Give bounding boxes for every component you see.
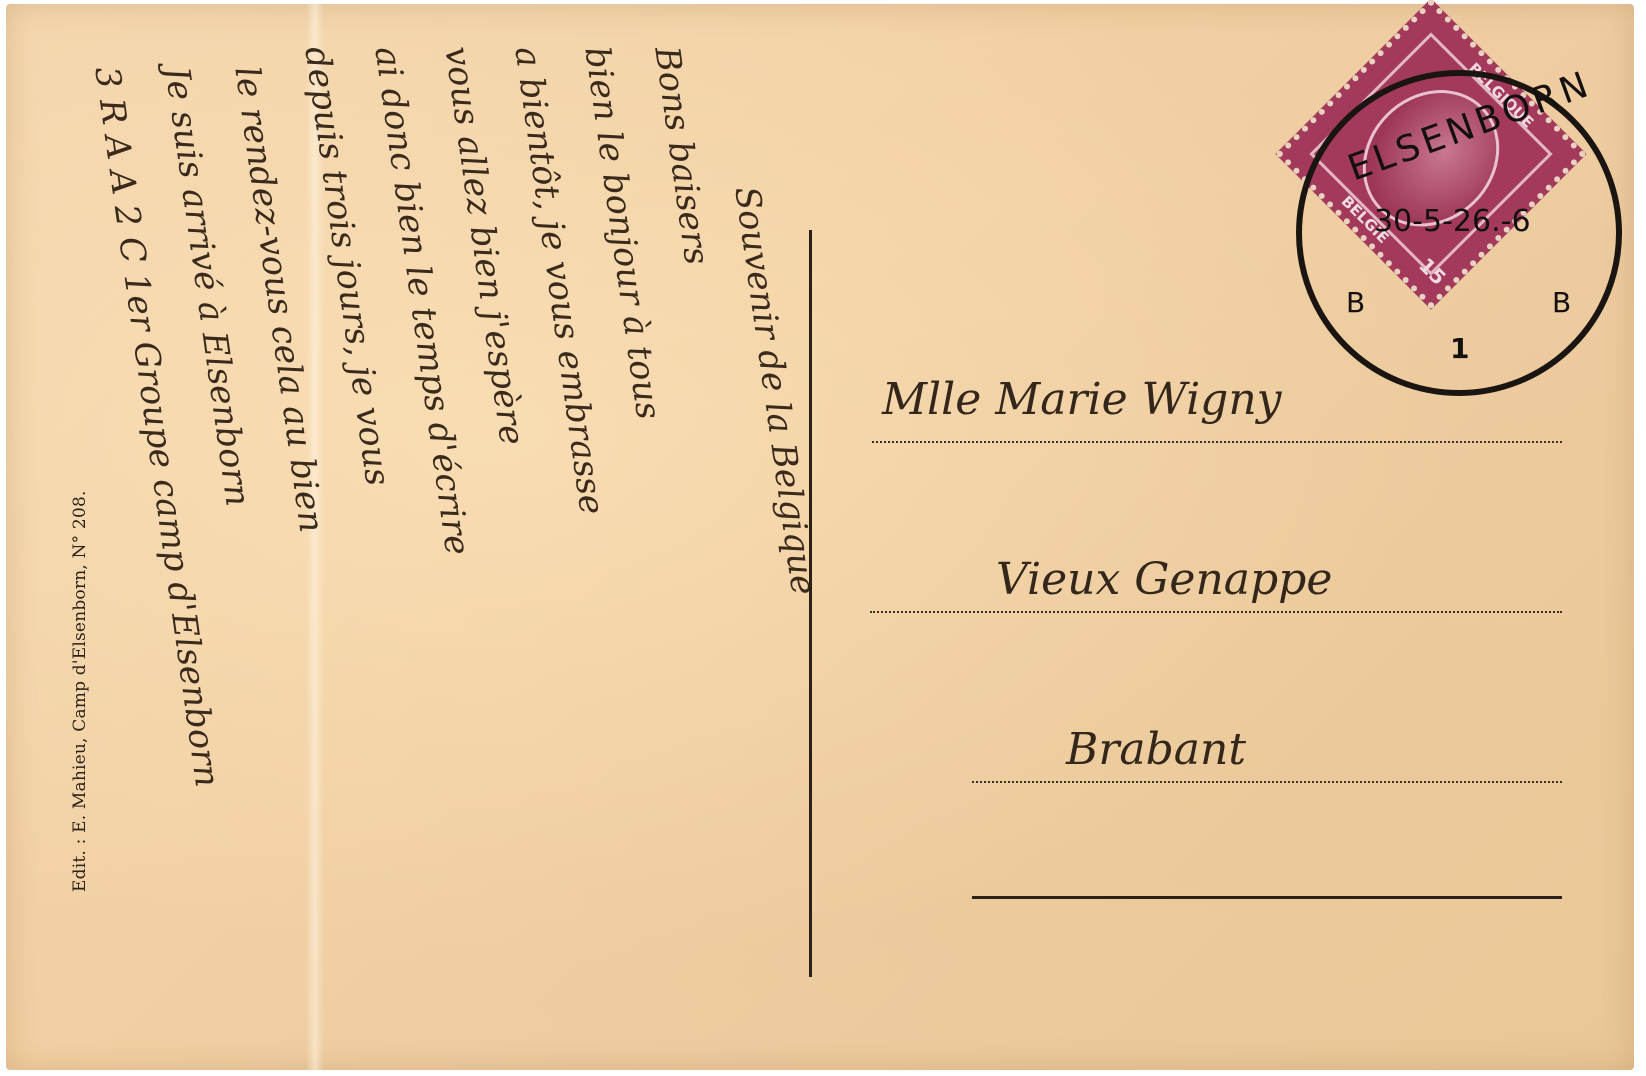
address-line-1: Mlle Marie Wigny [882,374,1282,425]
postmark-letter-right: B [1552,286,1571,319]
postmark-letter-left: B [1346,286,1365,319]
address-line-3: Brabant [1066,724,1246,775]
address-dotted-line [972,781,1562,783]
message-line: Bons baisers [646,44,716,267]
address-line-2: Vieux Genappe [996,554,1332,605]
address-dotted-line [872,441,1562,443]
publisher-imprint: Edit. : E. Mahieu, Camp d'Elsenborn, N° … [70,490,90,892]
postmark-bottom-mark: 1 [1450,332,1469,365]
center-divider [809,230,812,977]
postmark: ELSENBORN 30-5-26.-6 B B 1 [1296,70,1622,396]
postmark-date: 30-5-26.-6 [1374,204,1531,239]
postcard-back: Edit. : E. Mahieu, Camp d'Elsenborn, N° … [6,4,1634,1070]
address-solid-line [972,896,1562,899]
address-dotted-line [870,611,1562,613]
